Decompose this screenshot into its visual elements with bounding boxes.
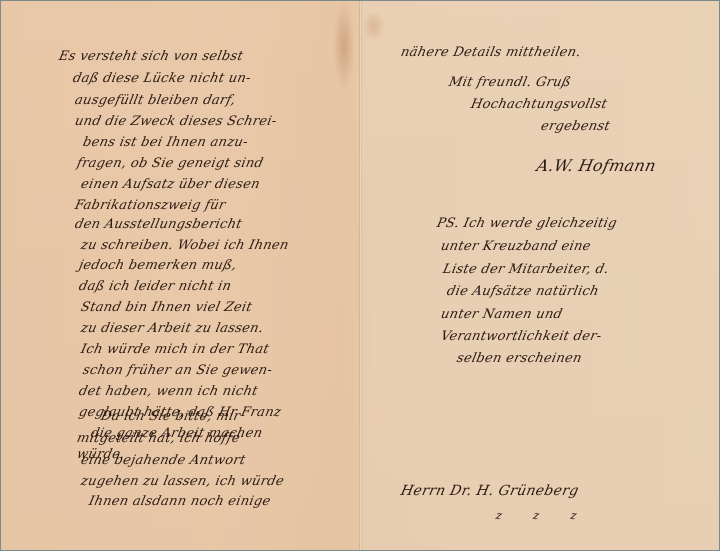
text-line: Stand bin Ihnen viel Zeit [79,300,253,315]
text-line: mitgeteilt hat, ich hoffe [75,431,241,446]
text-line: fragen, ob Sie geneigt sind [75,156,264,171]
text-line: daß ich leider nicht in [77,279,232,294]
postscript-line: PS. Ich werde gleichzeitig [435,216,618,231]
text-line: ausgefüllt bleiben darf, [73,93,237,108]
paper-stain [333,1,355,91]
text-line: Da ich Sie bitte, mir [99,409,241,424]
text-line: zu dieser Arbeit zu lassen. [79,321,264,336]
addressee-marks: z z z [495,509,592,522]
text-line: jedoch bemerken muß, [77,258,238,273]
postscript-line: die Aufsätze natürlich [445,284,600,299]
addressee: Herrn Dr. H. Grüneberg [399,483,580,499]
postscript-line: Verantwortlichkeit der- [439,329,603,344]
text-line: Ich würde mich in der That [79,342,270,357]
text-line: eine bejahende Antwort [79,453,247,468]
text-line: zu schreiben. Wobei ich Ihnen [79,238,290,253]
text-line: den Ausstellungsbericht [73,217,243,232]
letter-scan: Es versteht sich von selbst daß diese Lü… [0,0,720,551]
paper-stain [363,11,385,41]
signature: A.W. Hofmann [535,156,658,175]
text-line: zugehen zu lassen, ich würde [79,474,285,489]
text-line: nähere Details mittheilen. [399,45,582,60]
text-line: einen Aufsatz über diesen [79,177,261,192]
text-line: Fabrikationszweig für [73,198,227,213]
text-line: daß diese Lücke nicht un- [71,71,252,86]
closing-line: Mit freundl. Gruß [447,75,572,90]
text-line: Es versteht sich von selbst [57,49,244,64]
text-line: und die Zweck dieses Schrei- [73,114,278,129]
closing-line: ergebenst [539,119,611,134]
postscript-line: Liste der Mitarbeiter, d. [441,262,610,277]
text-line: bens ist bei Ihnen anzu- [81,135,249,150]
postscript-line: selben erscheinen [455,351,583,366]
page-fold [359,1,362,550]
text-line: det haben, wenn ich nicht [77,384,259,399]
text-line: Ihnen alsdann noch einige [87,494,272,509]
postscript-line: unter Kreuzband eine [439,239,592,254]
text-line: schon früher an Sie gewen- [81,363,273,378]
closing-line: Hochachtungsvollst [469,97,608,112]
postscript-line: unter Namen und [439,307,563,322]
